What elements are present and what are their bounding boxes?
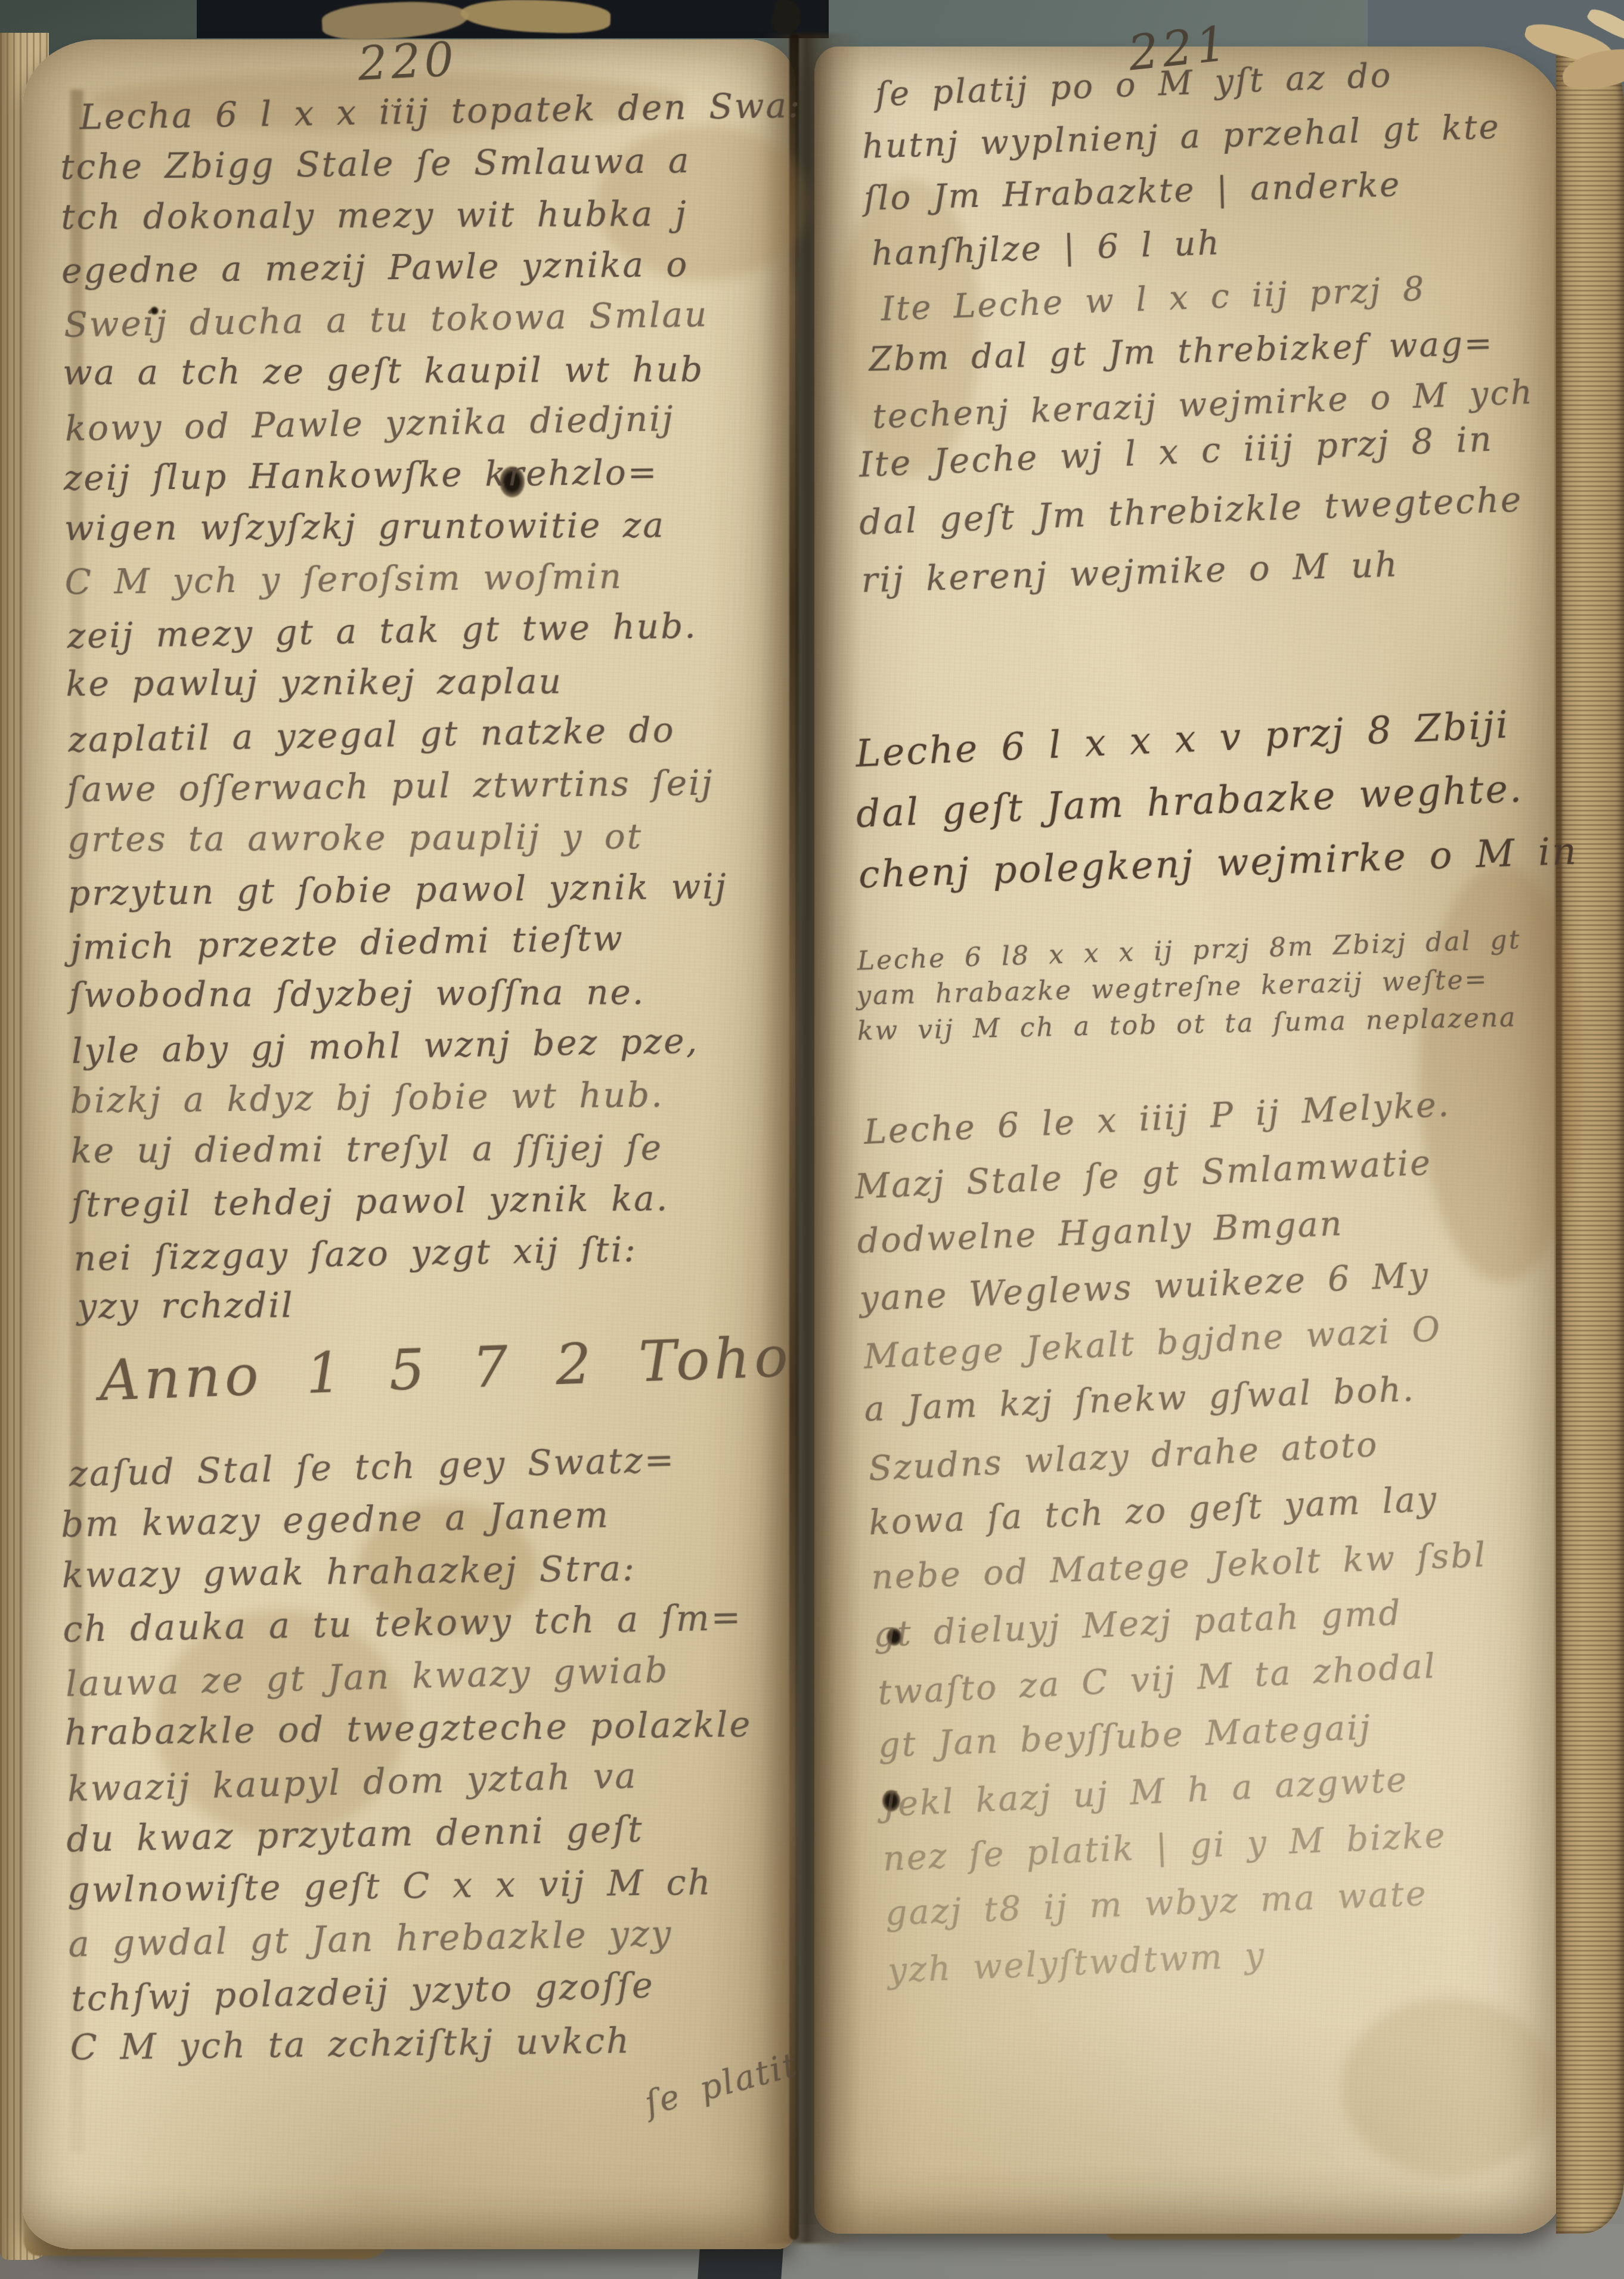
handwritten-line: nei ſizzgay ſazo yzgt xij ſti: (73, 1221, 814, 1285)
handwritten-line: yzy rchzdil (77, 1277, 813, 1332)
entry-block-right-2: Ite Jeche wj l x c iiij przj 8 indal geſ… (856, 410, 1526, 612)
handwritten-line: ſwobodna ſdyzbej woſſna ne. (69, 965, 810, 1021)
handwritten-line: lyle aby gj mohl wznj bez pze, (71, 1013, 812, 1077)
handwritten-line: tch dokonaly mezy wit hubka j (61, 187, 801, 243)
manuscript-photo: 220 .... 221 Lecha 6 l x x iiij topatek … (0, 0, 1624, 2279)
handwritten-line: Sweij ducha a tu tokowa Smlau (63, 287, 804, 351)
stain (1341, 1998, 1556, 2176)
handwritten-line: ke uj diedmi treſyl a ſſijej ſe (70, 1121, 811, 1176)
folio-number-left: 220 (357, 33, 458, 92)
handwritten-line: zeij ſlup Hankowſke krehzlo= (63, 445, 804, 504)
handwritten-line: przytun gt ſobie pawol yznik wij (68, 860, 808, 919)
handwritten-line: wa a tch ze geſt kaupil wt hub (63, 343, 803, 398)
entry-block-right-3: Leche 6 l x x x v przj 8 Zbijidal geſt J… (853, 693, 1579, 908)
handwritten-line: C M ych ta zchziſtkj uvkch (70, 2013, 758, 2074)
handwritten-line: zeij mezy gt a tak gt twe hub. (67, 598, 808, 662)
handwritten-line: jmich przezte diedmi tieſtw (70, 909, 811, 974)
entry-block-left-1: Lecha 6 l x x iiij topatek den Swa:tche … (60, 82, 813, 1334)
handwritten-line: bizkj a kdyz bj ſobie wt hub. (70, 1067, 810, 1127)
handwritten-line: egedne a mezij Pawle yznika o (61, 237, 802, 297)
handwritten-line: ke pawluj yznikej zaplau (66, 654, 806, 710)
handwritten-line: ſtregil tehdej pawol yznik ka. (71, 1171, 811, 1231)
entry-block-right-1: ſe platij po o M yſt az dohutnj wyplnien… (860, 46, 1533, 442)
handwritten-line: kwazy gwak hrahazkej Stra: (61, 1541, 749, 1602)
handwritten-line: zaplatil a yzegal gt natzke do (68, 702, 809, 766)
handwritten-line: tche Zbigg Stale ſe Smlauwa a (60, 134, 801, 193)
handwritten-line: grtes ta awroke pauplij y ot (67, 810, 808, 865)
entry-block-right-4: Leche 6 l8 x x x ij przj 8m Zbizj dal gt… (855, 924, 1522, 1052)
handwritten-line: kowy od Pawle yznika diedjnij (64, 391, 805, 455)
entry-block-right-5: Leche 6 le x iiij P ij Melyke.Mazj Stale… (851, 1077, 1504, 1999)
handwritten-line: C M ych y ſeroſsim woſmin (64, 549, 805, 608)
handwritten-line: ſawe oſſerwach pul ztwrtins ſeij (67, 756, 807, 816)
handwritten-line: wigen wſzyſzkj gruntowitie za (64, 498, 804, 554)
entry-block-left-2: zaſud Stal ſe tch gey Swatz=bm kwazy ege… (60, 1434, 758, 2076)
handwritten-line: Lecha 6 l x x iiij topatek den Swa: (79, 79, 802, 143)
handwritten-line: gwlnowiſte geſt C x x vij M ch (67, 1856, 755, 1916)
